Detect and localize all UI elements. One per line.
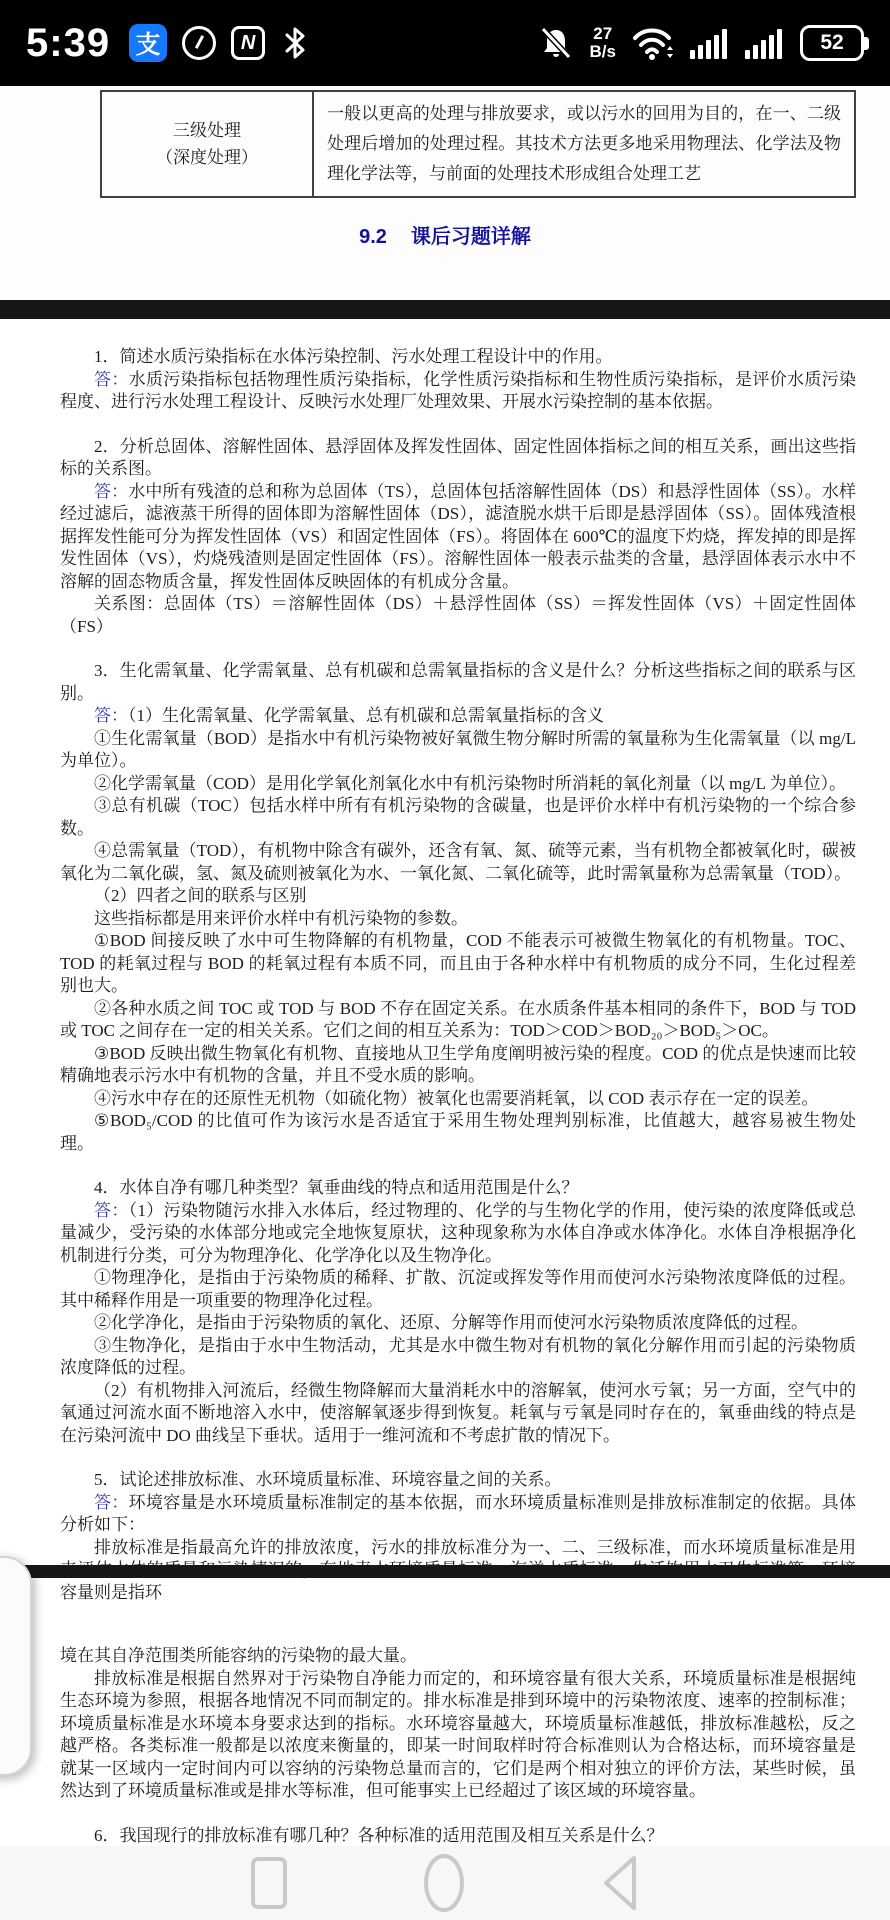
term-line-2: （深度处理） xyxy=(106,144,308,171)
answer-label: 答： xyxy=(94,1201,129,1220)
answer-label: 答： xyxy=(94,1493,129,1512)
floating-side-handle[interactable] xyxy=(0,1556,32,1776)
page-separator-bottom xyxy=(0,1565,890,1578)
item-cod: ②化学需氧量（COD）是用化学氧化剂氧化水中有机污染物时所消耗的氧化剂量（以 m… xyxy=(60,773,856,796)
paragraph-text: ③总有机碳（TOC）包括水样中所有有机污染物的含碳量，也是评价水样中有机污染物的… xyxy=(60,796,856,838)
body-paragraph: ①物理净化，是指由于污染物质的稀释、扩散、沉淀或挥发等作用而使河水污染物浓度降低… xyxy=(60,1267,856,1312)
back-button[interactable] xyxy=(600,1854,640,1912)
paragraph-text: ④污水中存在的还原性无机物（如硫化物）被氧化也需要消耗氧，以 COD 表示存在一… xyxy=(94,1089,818,1108)
nfc-glyph: N xyxy=(241,32,255,55)
paragraph-text: ②化学需氧量（COD）是用化学氧化剂氧化水中有机污染物时所消耗的氧化剂量（以 m… xyxy=(94,774,846,793)
body-paragraph: （2）有机物排入河流后，经微生物降解而大量消耗水中的溶解氧，使河水亏氧；另一方面… xyxy=(60,1380,856,1448)
circular-app-icon xyxy=(182,26,216,60)
body-paragraph: 这些指标都是用来评价水样中有机污染物的参数。 xyxy=(60,908,856,931)
paragraph-text: 水中所有残渣的总和称为总固体（TS），总固体包括溶解性固体（DS）和悬浮性固体（… xyxy=(60,482,856,591)
paragraph-text: （2）有机物排入河流后，经微生物降解而大量消耗水中的溶解氧，使河水亏氧；另一方面… xyxy=(60,1381,856,1445)
home-circle-icon xyxy=(422,1853,466,1913)
section-number: 9.2 xyxy=(359,226,387,248)
alipay-glyph: 支 xyxy=(136,25,161,61)
bluetooth-icon xyxy=(280,25,310,61)
paragraph-text: 排放标准是根据自然界对于污染物自净能力而定的，和环境容量有很大关系，环境质量标准… xyxy=(60,1669,856,1801)
paragraph-text: 这些指标都是用来评价水样中有机污染物的参数。 xyxy=(94,909,468,928)
item-bod: ①生化需氧量（BOD）是指水中有机污染物被好氧微生物分解时所需的氧量称为生化需氧… xyxy=(60,728,856,773)
answer-3-intro: 答：（1）生化需氧量、化学需氧量、总有机碳和总需氧量指标的含义 xyxy=(60,705,856,728)
status-bar: 5:39 支 N 27 B/s xyxy=(0,0,890,86)
body-paragraph: ②化学净化，是指由于污染物质的氧化、还原、分解等作用而使河水污染物质浓度降低的过… xyxy=(60,1312,856,1335)
paragraph-text: ①BOD 间接反映了水中可生物降解的有机物量，COD 不能表示可被微生物氧化的有… xyxy=(60,931,856,995)
question-6: 6．我国现行的排放标准有哪几种？各种标准的适用范围及相互关系是什么？ xyxy=(60,1825,856,1848)
section-title: 课后习题详解 xyxy=(411,226,531,248)
android-nav-bar xyxy=(0,1846,890,1920)
paragraph-text: ①生化需氧量（BOD）是指水中有机污染物被好氧微生物分解时所需的氧量称为生化需氧… xyxy=(60,729,856,771)
question-5: 5．试论述排放标准、水环境质量标准、环境容量之间的关系。 xyxy=(60,1469,856,1492)
table-cell-definition: 一般以更高的处理与排放要求，或以污水的回用为目的，在一、二级处理后增加的处理过程… xyxy=(313,91,855,197)
answer-1: 答：水质污染指标包括物理性质污染指标，化学性质污染指标和生物性质污染指标，是评价… xyxy=(60,369,856,414)
answer-2: 答：水中所有残渣的总和称为总固体（TS），总固体包括溶解性固体（DS）和悬浮性固… xyxy=(60,481,856,594)
back-triangle-icon xyxy=(600,1854,640,1912)
nfc-icon: N xyxy=(231,26,265,60)
body-paragraph: 排放标准是根据自然界对于污染物自净能力而定的，和环境容量有很大关系，环境质量标准… xyxy=(60,1668,856,1803)
body-paragraph: ④污水中存在的还原性无机物（如硫化物）被氧化也需要消耗氧，以 COD 表示存在一… xyxy=(60,1088,856,1111)
answer-label: 答： xyxy=(94,706,128,725)
network-speed-value: 27 xyxy=(590,25,616,43)
paragraph-text: （2）四者之间的联系与区别 xyxy=(94,886,307,905)
network-speed-indicator: 27 B/s xyxy=(590,25,616,61)
document-page: 三级处理 （深度处理） 一般以更高的处理与排放要求，或以污水的回用为目的，在一、… xyxy=(0,86,890,319)
body-paragraph: ⑤BOD₅/COD 的比值可作为该污水是否适宜于采用生物处理判别标准，比值越大，… xyxy=(60,1110,856,1155)
table-row: 三级处理 （深度处理） 一般以更高的处理与排放要求，或以污水的回用为目的，在一、… xyxy=(101,91,855,197)
clock-text: 5:39 xyxy=(26,21,110,66)
signal-bars-sim2-icon xyxy=(745,26,785,60)
paragraph-text: （1）生化需氧量、化学需氧量、总有机碳和总需氧量指标的含义 xyxy=(128,706,604,725)
bell-muted-icon xyxy=(537,24,575,62)
paragraph-text: （1）污染物随污水排入水体后，经过物理的、化学的与生物化学的作用，使污染的浓度降… xyxy=(60,1201,856,1265)
section-heading: 9.2课后习题详解 xyxy=(0,220,890,248)
paragraph-text: 境在其自净范围类所能容纳的污染物的最大量。 xyxy=(60,1646,417,1665)
continued-paragraph: 境在其自净范围类所能容纳的污染物的最大量。 xyxy=(60,1645,856,1668)
alipay-icon: 支 xyxy=(129,24,167,62)
paragraph-text: 6．我国现行的排放标准有哪几种？各种标准的适用范围及相互关系是什么？ xyxy=(94,1826,664,1845)
table-cell-term: 三级处理 （深度处理） xyxy=(101,91,313,197)
recents-button[interactable] xyxy=(250,1856,288,1910)
status-bar-right: 27 B/s 52 xyxy=(537,24,864,62)
paragraph-text: ④总需氧量（TOD），有机物中除含有碳外，还含有氧、氮、硫等元素，当有机物全都被… xyxy=(60,841,856,883)
paragraph-text: 2．分析总固体、溶解性固体、悬浮固体及挥发性固体、固定性固体指标之间的相互关系，… xyxy=(60,437,856,479)
paragraph-text: 水质污染指标包括物理性质污染指标，化学性质污染指标和生物性质污染指标，是评价水质… xyxy=(60,370,856,412)
paragraph-text: ③BOD 反映出微生物氧化有机物、直接地从卫生学角度阐明被污染的程度。COD 的… xyxy=(60,1044,856,1086)
body-paragraph: ②各种水质之间 TOC 或 TOD 与 BOD 不存在固定关系。在水质条件基本相… xyxy=(60,998,856,1043)
question-3: 3．生化需氧量、化学需氧量、总有机碳和总需氧量指标的含义是什么？分析这些指标之间… xyxy=(60,660,856,705)
question-2: 2．分析总固体、溶解性固体、悬浮固体及挥发性固体、固定性固体指标之间的相互关系，… xyxy=(60,436,856,481)
paragraph-text: ①物理净化，是指由于污染物质的稀释、扩散、沉淀或挥发等作用而使河水污染物浓度降低… xyxy=(60,1268,856,1310)
paragraph-text: ②各种水质之间 TOC 或 TOD 与 BOD 不存在固定关系。在水质条件基本相… xyxy=(60,999,856,1041)
signal-bars-sim1-icon xyxy=(690,26,730,60)
body-paragraph: ③生物净化，是指由于水中生物活动，尤其是水中微生物对有机物的氧化分解作用而引起的… xyxy=(60,1335,856,1380)
question-1: 1．简述水质污染指标在水体污染控制、污水处理工程设计中的作用。 xyxy=(60,346,856,369)
paragraph-text: ③生物净化，是指由于水中生物活动，尤其是水中微生物对有机物的氧化分解作用而引起的… xyxy=(60,1336,856,1378)
recents-square-icon xyxy=(250,1856,288,1910)
page1-text: 1．简述水质污染指标在水体污染控制、污水处理工程设计中的作用。 答：水质污染指标… xyxy=(0,346,890,1604)
subheading-2: （2）四者之间的联系与区别 xyxy=(60,885,856,908)
paragraph-text: ②化学净化，是指由于污染物质的氧化、还原、分解等作用而使河水污染物质浓度降低的过… xyxy=(94,1313,808,1332)
treatment-table: 三级处理 （深度处理） 一般以更高的处理与排放要求，或以污水的回用为目的，在一、… xyxy=(100,90,856,198)
paragraph-text: 5．试论述排放标准、水环境质量标准、环境容量之间的关系。 xyxy=(94,1470,562,1489)
page-separator-top xyxy=(0,300,890,319)
term-line-1: 三级处理 xyxy=(106,117,308,144)
paragraph-text: 环境容量是水环境质量标准制定的基本依据，而水环境质量标准则是排放标准制定的依据。… xyxy=(60,1493,856,1535)
paragraph-text: 关系图：总固体（TS）＝溶解性固体（DS）＋悬浮性固体（SS）＝挥发性固体（VS… xyxy=(60,594,856,636)
relation-line: 关系图：总固体（TS）＝溶解性固体（DS）＋悬浮性固体（SS）＝挥发性固体（VS… xyxy=(60,593,856,638)
body-paragraph: ③BOD 反映出微生物氧化有机物、直接地从卫生学角度阐明被污染的程度。COD 的… xyxy=(60,1043,856,1088)
paragraph-text: 4．水体自净有哪几种类型？氧垂曲线的特点和适用范围是什么？ xyxy=(94,1178,579,1197)
answer-4: 答：（1）污染物随污水排入水体后，经过物理的、化学的与生物化学的作用，使污染的浓… xyxy=(60,1200,856,1268)
answer-label: 答： xyxy=(94,482,128,501)
page2-text: 境在其自净范围类所能容纳的污染物的最大量。 排放标准是根据自然界对于污染物自净能… xyxy=(0,1645,890,1847)
battery-icon: 52 xyxy=(800,25,864,61)
item-tod: ④总需氧量（TOD），有机物中除含有碳外，还含有氧、氮、硫等元素，当有机物全都被… xyxy=(60,840,856,885)
wifi-icon xyxy=(631,24,675,62)
paragraph-text: ⑤BOD₅/COD 的比值可作为该污水是否适宜于采用生物处理判别标准，比值越大，… xyxy=(60,1111,856,1153)
home-button[interactable] xyxy=(422,1853,466,1913)
answer-5: 答：环境容量是水环境质量标准制定的基本依据，而水环境质量标准则是排放标准制定的依… xyxy=(60,1492,856,1537)
question-4: 4．水体自净有哪几种类型？氧垂曲线的特点和适用范围是什么？ xyxy=(60,1177,856,1200)
answer-label: 答： xyxy=(94,370,129,389)
item-toc: ③总有机碳（TOC）包括水样中所有有机污染物的含碳量，也是评价水样中有机污染物的… xyxy=(60,795,856,840)
paragraph-text: 3．生化需氧量、化学需氧量、总有机碳和总需氧量指标的含义是什么？分析这些指标之间… xyxy=(60,661,856,703)
network-speed-unit: B/s xyxy=(590,43,616,61)
status-bar-left: 5:39 支 N xyxy=(26,21,310,66)
body-paragraph: ①BOD 间接反映了水中可生物降解的有机物量，COD 不能表示可被微生物氧化的有… xyxy=(60,930,856,998)
battery-percent: 52 xyxy=(820,31,843,55)
paragraph-text: 1．简述水质污染指标在水体污染控制、污水处理工程设计中的作用。 xyxy=(94,347,613,366)
